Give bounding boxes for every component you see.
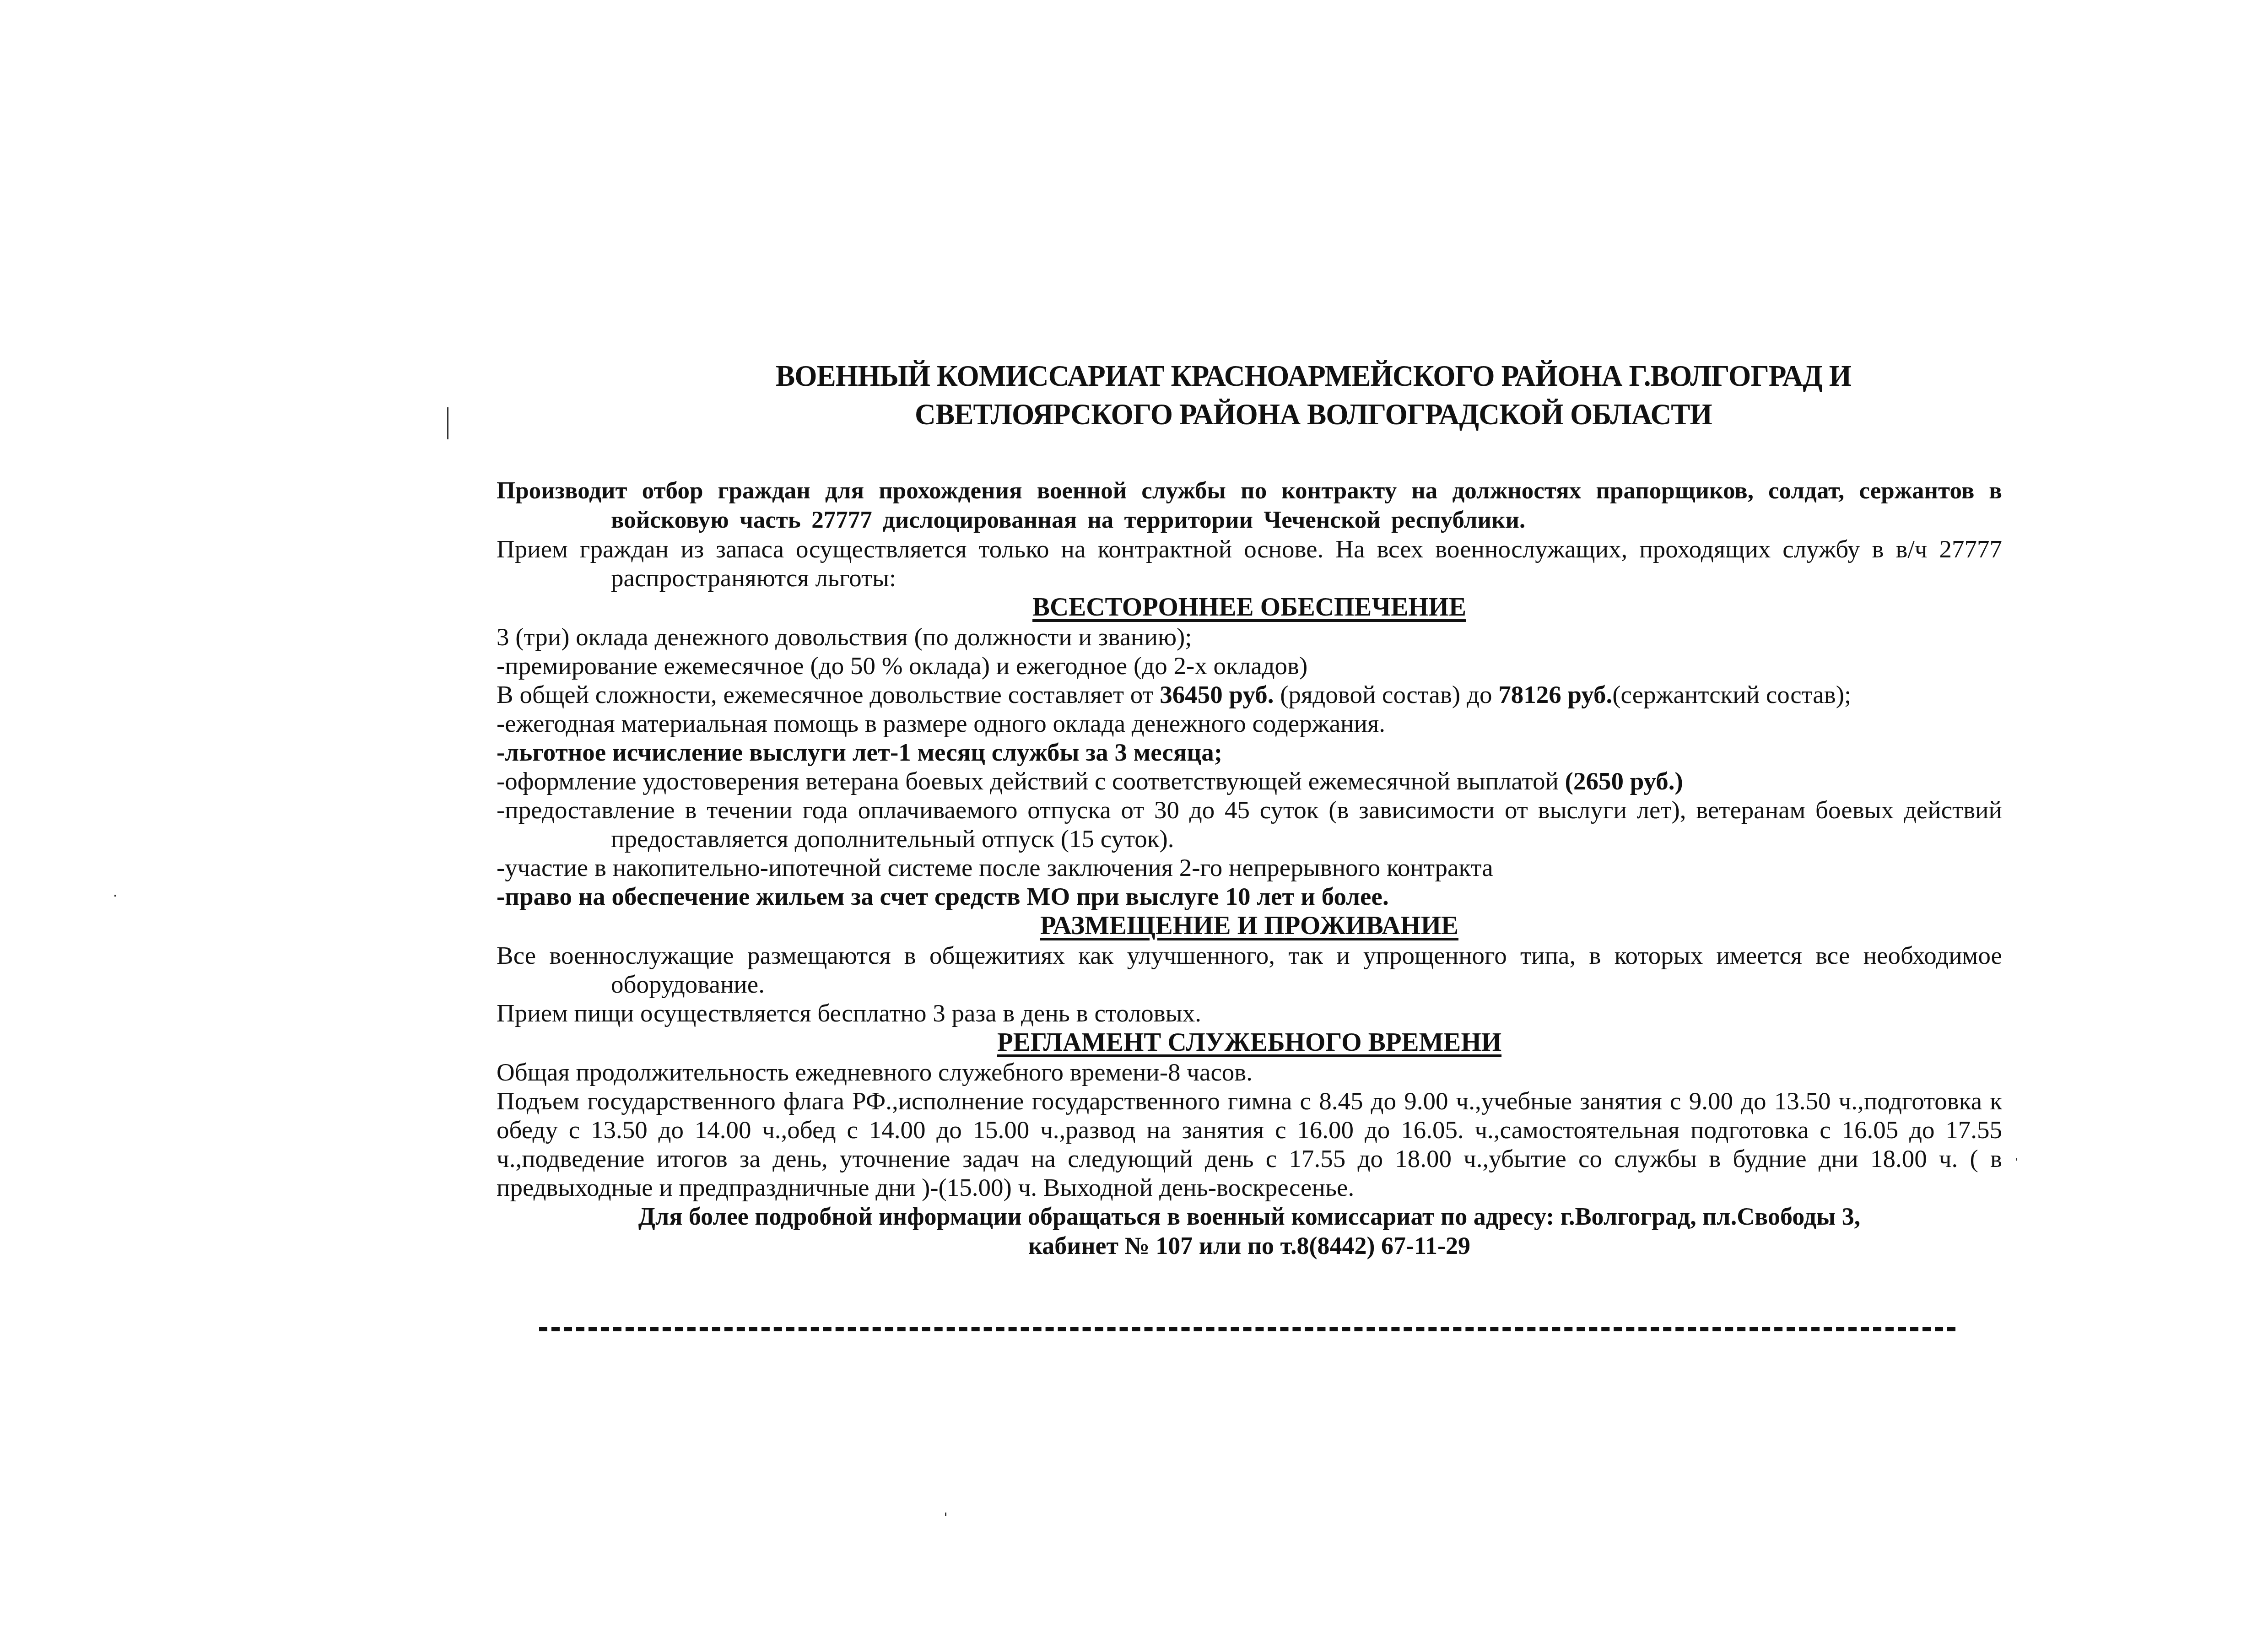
schedule-item: Общая продолжительность ежедневного служ… bbox=[497, 1058, 2002, 1086]
salary-text-after: (сержантский состав); bbox=[1612, 681, 1851, 708]
section-heading-schedule: РЕГЛАМЕНТ СЛУЖЕБНОГО ВРЕМЕНИ bbox=[497, 1027, 2002, 1058]
benefit-item: -премирование ежемесячное (до 50 % оклад… bbox=[497, 651, 2002, 680]
veteran-payment-amount: (2650 руб.) bbox=[1565, 767, 1683, 795]
accommodation-item: Все военнослужащие размещаются в общежит… bbox=[497, 941, 2002, 999]
contact-address: Для более подробной информации обращатьс… bbox=[497, 1202, 2002, 1231]
veteran-text: -оформление удостоверения ветерана боевы… bbox=[497, 767, 1565, 795]
title-line-2: СВЕТЛОЯРСКОГО РАЙОНА ВОЛГОГРАДСКОЙ ОБЛАС… bbox=[703, 395, 1924, 434]
scan-artifact-mark bbox=[447, 407, 448, 439]
document-body: Производит отбор граждан для прохождения… bbox=[497, 476, 2002, 1260]
salary-text-mid: (рядовой состав) до bbox=[1274, 681, 1498, 708]
scan-artifact-mark bbox=[945, 1513, 946, 1516]
scanned-page: ВОЕННЫЙ КОМИССАРИАТ КРАСНОАРМЕЙСКОГО РАЙ… bbox=[0, 0, 2268, 1648]
schedule-item-daily-routine: Подъем государственного флага РФ.,исполн… bbox=[497, 1086, 2002, 1202]
salary-text-before: В общей сложности, ежемесячное довольств… bbox=[497, 681, 1160, 708]
salary-max-amount: 78126 руб. bbox=[1498, 681, 1612, 708]
benefit-item-housing: -право на обеспечение жильем за счет сре… bbox=[497, 882, 2002, 911]
benefit-item-vacation: -предоставление в течении года оплачивае… bbox=[497, 795, 2002, 853]
benefit-item-service-length: -льготное исчисление выслуги лет-1 месяц… bbox=[497, 738, 2002, 767]
intro-benefits-paragraph: Прием граждан из запаса осуществляется т… bbox=[497, 535, 2002, 592]
intro-recruitment-paragraph: Производит отбор граждан для прохождения… bbox=[497, 476, 2002, 535]
scan-artifact-mark bbox=[114, 895, 116, 897]
cut-line-divider bbox=[539, 1327, 1955, 1331]
scan-artifact-mark bbox=[2016, 1158, 2017, 1161]
title-line-1: ВОЕННЫЙ КОМИССАРИАТ КРАСНОАРМЕЙСКОГО РАЙ… bbox=[703, 357, 1924, 395]
section-heading-support: ВСЕСТОРОННЕЕ ОБЕСПЕЧЕНИЕ bbox=[497, 592, 2002, 622]
contact-phone: кабинет № 107 или по т.8(8442) 67-11-29 bbox=[497, 1231, 2002, 1260]
section-heading-accommodation: РАЗМЕЩЕНИЕ И ПРОЖИВАНИЕ bbox=[497, 911, 2002, 941]
accommodation-item: Прием пищи осуществляется бесплатно 3 ра… bbox=[497, 999, 2002, 1027]
benefit-item: -ежегодная материальная помощь в размере… bbox=[497, 709, 2002, 738]
salary-min-amount: 36450 руб. bbox=[1160, 681, 1274, 708]
benefit-item-mortgage: -участие в накопительно-ипотечной систем… bbox=[497, 853, 2002, 882]
benefit-item-salary: В общей сложности, ежемесячное довольств… bbox=[497, 680, 2002, 709]
document-title: ВОЕННЫЙ КОМИССАРИАТ КРАСНОАРМЕЙСКОГО РАЙ… bbox=[703, 357, 1924, 434]
benefit-item: 3 (три) оклада денежного довольствия (по… bbox=[497, 622, 2002, 651]
benefit-item-veteran: -оформление удостоверения ветерана боевы… bbox=[497, 767, 2002, 795]
